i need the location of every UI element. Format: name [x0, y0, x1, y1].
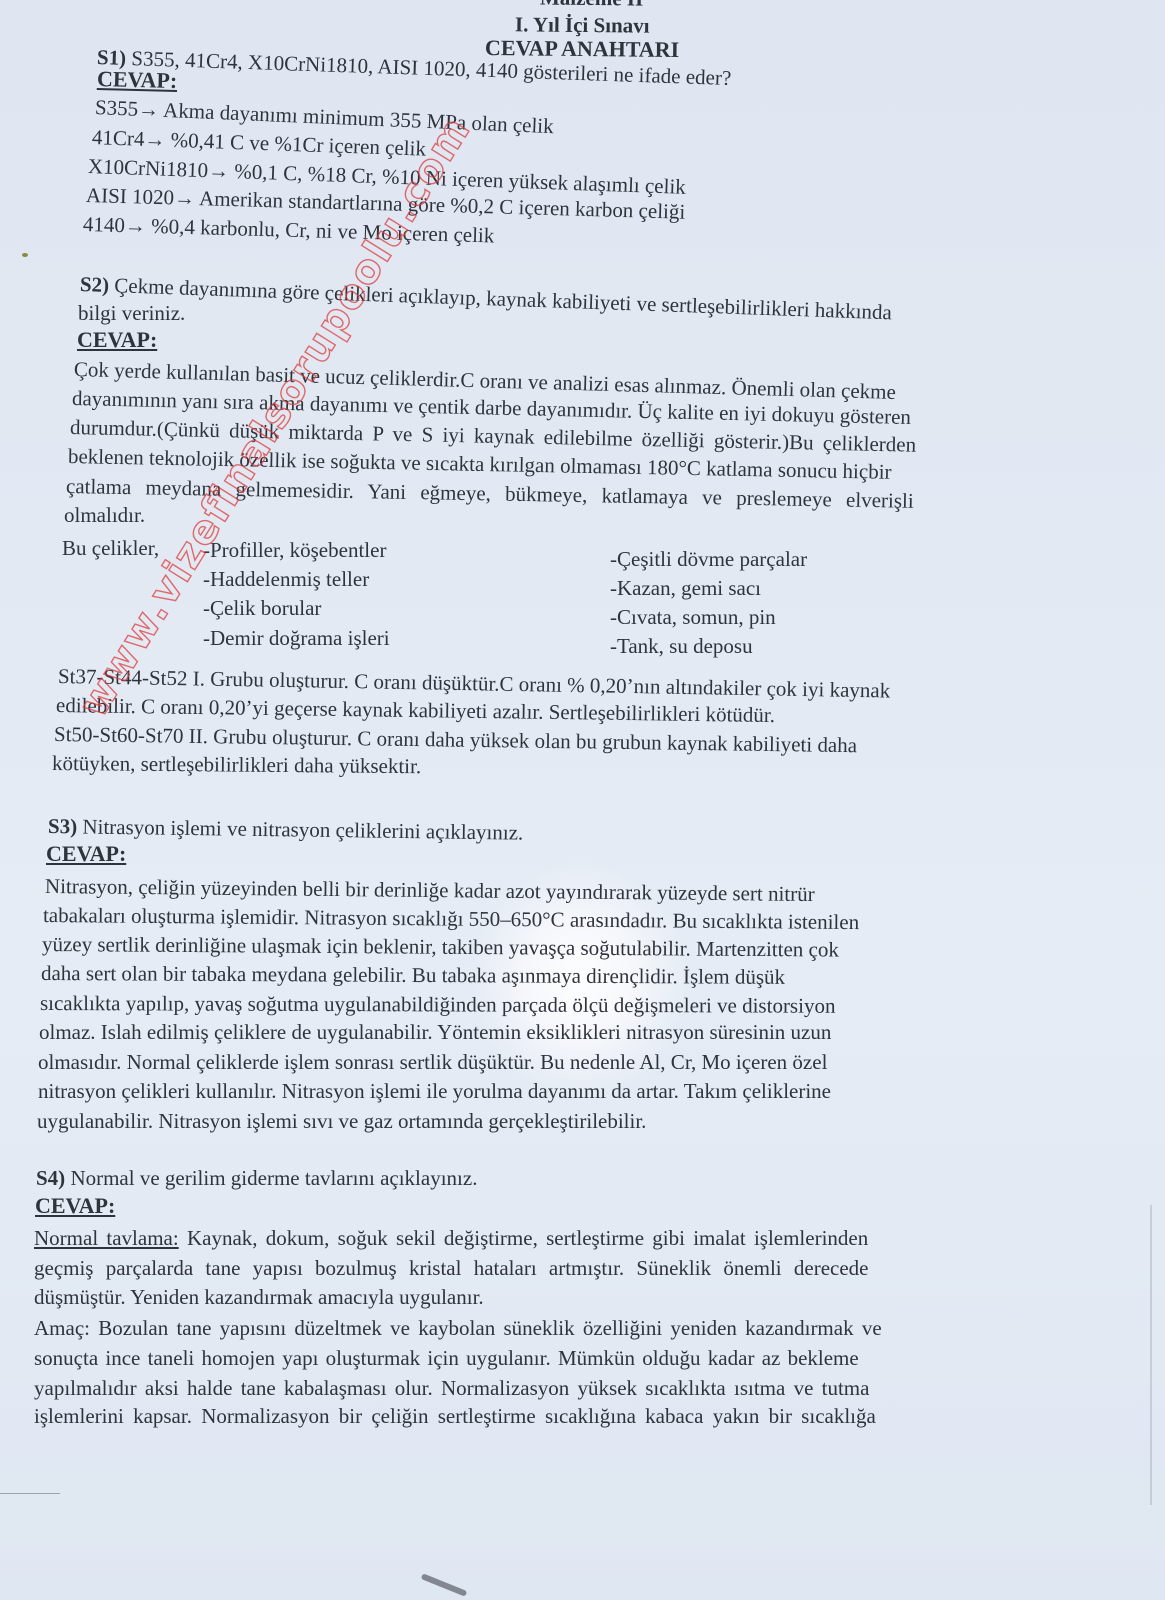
- answer-line: 4140→ %0,4 karbonlu, Cr, ni ve Mo içeren…: [83, 212, 495, 247]
- question-4: S4) Normal ve gerilim giderme tavlarını …: [36, 1166, 477, 1190]
- question-text: Normal ve gerilim giderme tavlarını açık…: [70, 1166, 477, 1190]
- question-2: S2) Çekme dayanımına göre çelikleri açık…: [80, 272, 893, 324]
- answer-label: CEVAP:: [35, 1194, 115, 1218]
- answer-line: sıcaklıkta yapılıp, yavaş soğutma uygula…: [40, 991, 836, 1018]
- list-item: -Haddelenmiş teller: [203, 567, 369, 591]
- list-intro: Bu çelikler,: [62, 536, 159, 560]
- answer-line: geçmiş parçalarda tane yapısı bozulmuş k…: [34, 1256, 869, 1280]
- question-text: Nitrasyon işlemi ve nitrasyon çeliklerin…: [82, 814, 523, 844]
- pen-mark: [421, 1573, 468, 1597]
- answer-label: CEVAP:: [77, 328, 157, 352]
- list-item: -Çeşitli dövme parçalar: [610, 547, 807, 571]
- answer-line: daha sert olan bir tabaka meydana gelebi…: [41, 961, 785, 989]
- list-item: -Tank, su deposu: [610, 634, 753, 658]
- answer-line: olmaz. Islah edilmiş çeliklere de uygula…: [39, 1020, 831, 1044]
- exam-title: I. Yıl İçi Sınavı: [515, 12, 650, 37]
- answer-line: düşmüştür. Yeniden kazandırmak amacıyla …: [34, 1285, 484, 1309]
- answer-line: tabakaları oluşturma işlemidir. Nitrasyo…: [43, 903, 859, 934]
- answer-line: sonuçta ince taneli homojen yapı oluştur…: [34, 1346, 859, 1370]
- question-text: Çekme dayanımına göre çelikleri açıklayı…: [114, 273, 892, 324]
- question-text-cont: bilgi veriniz.: [78, 301, 185, 325]
- question-number: S3): [48, 814, 78, 838]
- answer-line: olmasıdır. Normal çeliklerde işlem sonra…: [38, 1050, 827, 1074]
- answer-line: Amaç: Bozulan tane yapısını düzeltmek ve…: [34, 1316, 882, 1340]
- course-title: Malzeme II: [540, 0, 643, 11]
- question-number: S2): [80, 272, 110, 297]
- answer-label: CEVAP:: [97, 67, 178, 93]
- answer-line: yüzey sertlik derinliğine ulaşmak için b…: [42, 932, 839, 962]
- answer-line: Nitrasyon, çeliğin yüzeyinden belli bir …: [45, 874, 815, 906]
- answer-line: kötüyken, sertleşebilirlikleri daha yüks…: [52, 751, 421, 778]
- answer-text: Kaynak, dokum, soğuk sekil değiştirme, s…: [179, 1226, 869, 1250]
- list-item: -Cıvata, somun, pin: [610, 605, 776, 629]
- subheading: Normal tavlama:: [34, 1226, 179, 1250]
- list-item: -Çelik borular: [203, 596, 321, 620]
- question-number: S4): [36, 1166, 65, 1190]
- answer-line: işlemlerini kapsar. Normalizasyon bir çe…: [34, 1404, 876, 1428]
- answer-line: nitrasyon çelikleri kullanılır. Nitrasyo…: [38, 1079, 831, 1103]
- answer-line: yapılmalıdır aksi halde tane kabalaşması…: [34, 1376, 869, 1400]
- list-item: -Profiller, köşebentler: [203, 538, 386, 562]
- answer-label: CEVAP:: [46, 842, 126, 866]
- list-item: -Kazan, gemi sacı: [610, 576, 761, 600]
- ink-dot: [22, 253, 28, 257]
- list-item: -Demir doğrama işleri: [203, 626, 390, 650]
- page-edge: [1150, 1205, 1152, 1505]
- answer-line: uygulanabilir. Nitrasyon işlemi sıvı ve …: [37, 1109, 646, 1133]
- answer-line: olmalıdır.: [64, 503, 145, 527]
- answer-line: Normal tavlama: Kaynak, dokum, soğuk sek…: [34, 1226, 868, 1250]
- bottom-rule: [0, 1493, 60, 1494]
